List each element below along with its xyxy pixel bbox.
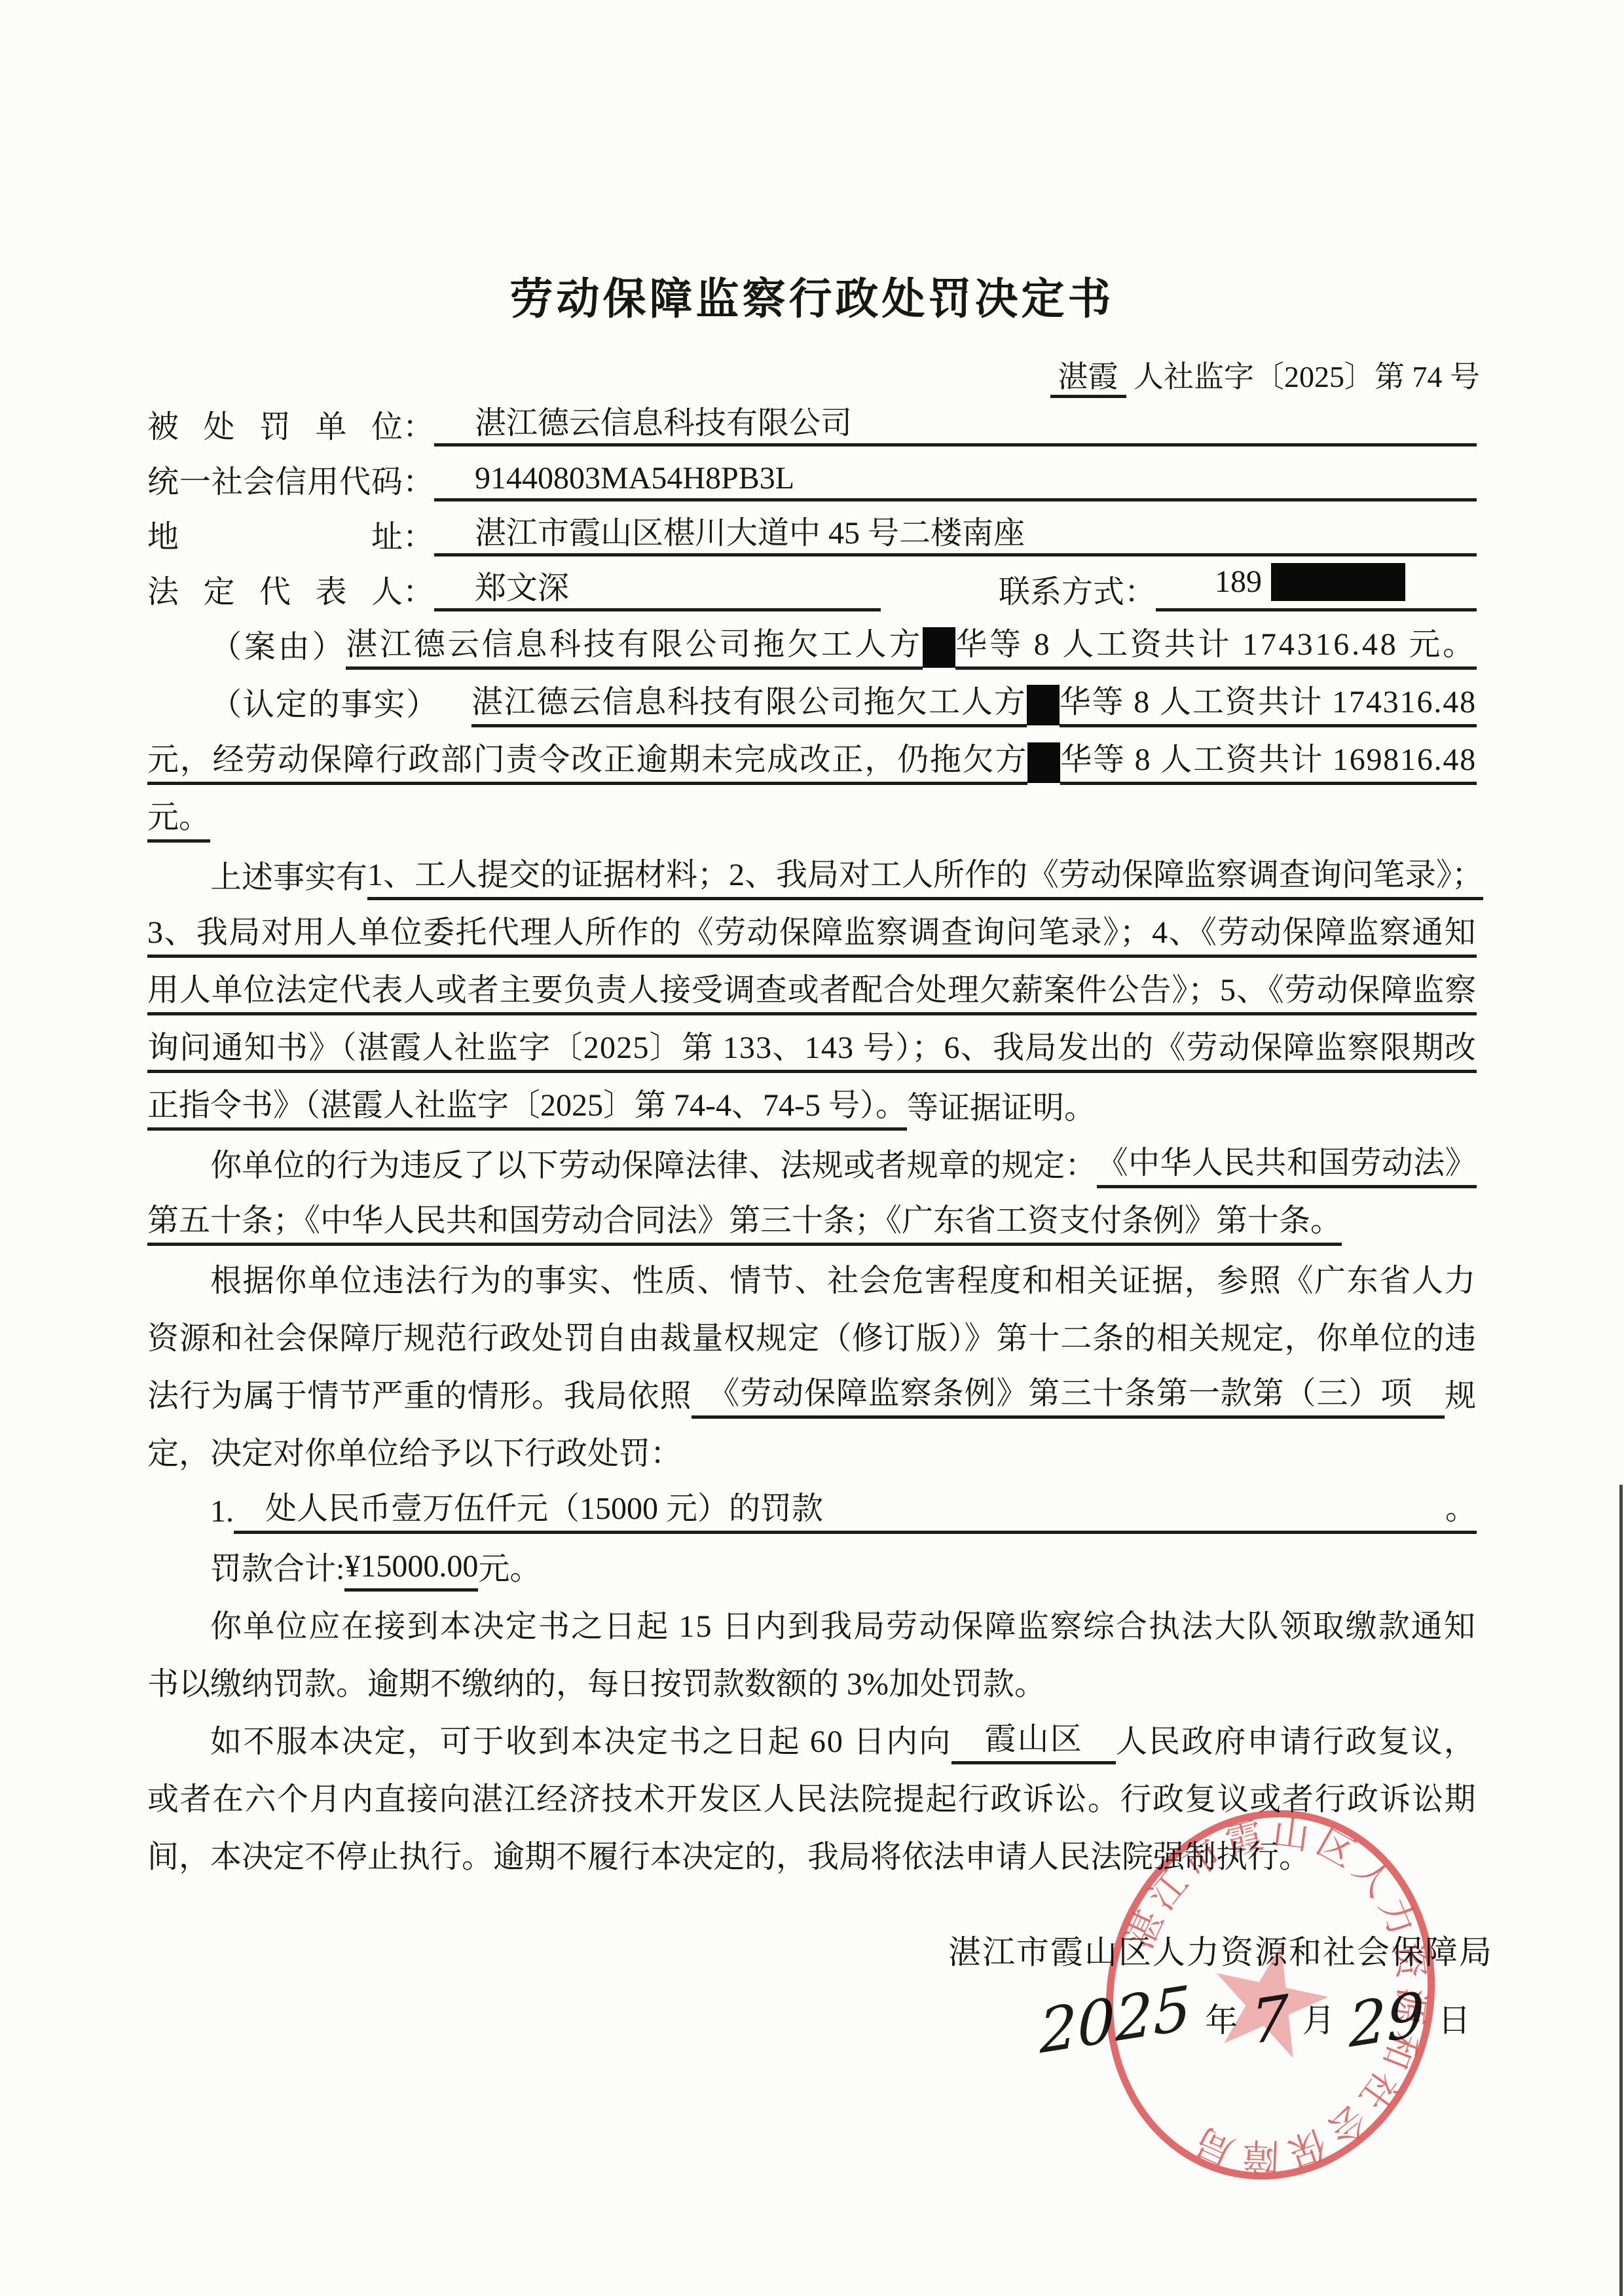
label-char: 会 xyxy=(244,456,275,501)
label-char: 人 xyxy=(371,566,403,611)
body-line: 上述事实有1、工人提交的证据材料；2、我局对工人所作的《劳动保障监察调查询问笔录… xyxy=(147,849,1477,907)
body-line: 如不服本决定，可于收到本决定书之日起 60 日内向 霞山区 人民政府申请行政复议… xyxy=(147,1713,1477,1771)
text-segment: 书以缴纳罚款。逾期不缴纳的，每日按罚款数额的 3%加处罚款。 xyxy=(147,1665,1046,1704)
field-row: 统一社会信用代码：91440803MA54H8PB3L xyxy=(147,448,1477,503)
text-segment: 华等 8 人工资共计 174316.48 xyxy=(1060,683,1477,727)
label-char: 代 xyxy=(339,456,371,501)
document-title: 劳动保障监察行政处罚决定书 xyxy=(0,278,1624,321)
text-segment xyxy=(439,685,471,725)
text-segment: 湛江德云信息科技有限公司拖欠工人方 xyxy=(346,625,923,670)
body-line: 正指令书》（湛霞人社监字〔2025〕第 74-4、74-5 号）。等证据证明。 xyxy=(147,1080,1477,1137)
label-colon: ： xyxy=(403,401,434,446)
redaction-box xyxy=(1027,742,1060,783)
text-segment: 你单位应在接到本决定书之日起 15 日内到我局劳动保障监察综合执法大队领取缴款通… xyxy=(210,1607,1477,1647)
text-segment: 《中华人民共和国劳动法》 xyxy=(1097,1144,1477,1188)
official-seal: 湛江市霞山区人力资源和社会保障局 xyxy=(1105,1807,1436,2183)
text-segment: 询问通知书》（湛霞人社监字〔2025〕第 133、143 号）；6、我局发出的《… xyxy=(147,1029,1477,1073)
text-segment: 第五十条；《中华人民共和国劳动合同法》第三十条；《广东省工资支付条例》第十条。 xyxy=(147,1201,1342,1246)
text-segment: 如不服本决定，可于收到本决定书之日起 60 日内向 xyxy=(210,1722,951,1762)
field-row: 地址：湛江市霞山区椹川大道中 45 号二楼南座 xyxy=(147,503,1477,558)
body-line: 1. 处人民币壹万伍仟元（15000 元）的罚款。 xyxy=(147,1483,1477,1540)
label-char: 表 xyxy=(315,566,346,611)
label-char: 罚 xyxy=(259,401,291,446)
text-segment: （案由） xyxy=(210,628,346,667)
text-segment: 根据你单位违法行为的事实、性质、情节、社会危害程度和相关证据，参照《广东省人力 xyxy=(210,1262,1477,1301)
label-char: 法 xyxy=(147,566,179,611)
text-segment: 定，决定对你单位给予以下行政处罚： xyxy=(147,1434,682,1474)
text-segment: 元。 xyxy=(147,798,210,843)
text-segment: 等证据证明。 xyxy=(907,1089,1096,1128)
field-label: 联系方式： xyxy=(999,566,1156,611)
label-char: 被 xyxy=(147,401,179,446)
body-text: （案由）湛江德云信息科技有限公司拖欠工人方华等 8 人工资共计 174316.4… xyxy=(147,619,1477,1886)
text-segment: 湛江德云信息科技有限公司拖欠工人方 xyxy=(471,683,1027,727)
body-line: 根据你单位违法行为的事实、性质、情节、社会危害程度和相关证据，参照《广东省人力 xyxy=(147,1252,1477,1310)
label-char: 定 xyxy=(203,566,234,611)
text-segment: 资源和社会保障厅规范行政处罚自由裁量权规定（修订版）》第十二条的相关规定，你单位… xyxy=(147,1319,1477,1358)
text-segment: 上述事实有 xyxy=(210,858,367,898)
field-label: 地址 xyxy=(147,511,403,556)
field-value-text: 189 xyxy=(1215,564,1262,599)
text-segment: 华等 8 人工资共计 174316.48 元。 xyxy=(955,625,1477,670)
label-char: 单 xyxy=(315,401,346,446)
field-label: 法定代表人 xyxy=(147,566,403,611)
text-segment: ¥15000.00 xyxy=(344,1547,478,1592)
field-value: 湛江市霞山区椹川大道中 45 号二楼南座 xyxy=(434,515,1477,556)
label-char: 一 xyxy=(179,456,211,501)
star-icon xyxy=(1202,1933,1337,2063)
body-line: 第五十条；《中华人民共和国劳动合同法》第三十条；《广东省工资支付条例》第十条。 xyxy=(147,1195,1477,1252)
text-segment: 法行为属于情节严重的情形。我局依照 xyxy=(147,1377,692,1416)
label-colon: ： xyxy=(403,456,434,501)
label-char: 社 xyxy=(212,456,243,501)
label-char: 码 xyxy=(371,456,403,501)
document-number-rest: 人社监字〔2025〕第 74 号 xyxy=(1126,360,1481,393)
redaction-box xyxy=(1027,685,1060,725)
body-line: 用人单位法定代表人或者主要负责人接受调查或者配合处理欠薪案件公告》；5、《劳动保… xyxy=(147,964,1477,1022)
redaction-box xyxy=(923,627,955,668)
scan-artifact xyxy=(1619,1485,1623,2296)
field-value: 91440803MA54H8PB3L xyxy=(434,460,1477,501)
text-segment: 人民政府申请行政复议， xyxy=(1116,1722,1477,1762)
text-segment: （认定的事实） xyxy=(210,685,439,725)
field-value: 189 xyxy=(1156,563,1477,611)
field-row: 法定代表人：郑文深联系方式：189 xyxy=(147,558,1477,613)
text-segment: 元，经劳动保障行政部门责令改正逾期未完成改正，仍拖欠方 xyxy=(147,740,1027,785)
label-colon: ： xyxy=(403,511,434,556)
text-segment: 处人民币壹万伍仟元（15000 元）的罚款 xyxy=(234,1489,1445,1534)
text-segment: 规 xyxy=(1445,1377,1477,1416)
field-label: 被处罚单位 xyxy=(147,401,403,446)
fields: 被处罚单位：湛江德云信息科技有限公司统一社会信用代码：91440803MA54H… xyxy=(147,393,1477,613)
field-value: 郑文深 xyxy=(434,570,881,611)
document-number: 湛霞 人社监字〔2025〕第 74 号 xyxy=(1050,359,1481,395)
label-char: 代 xyxy=(259,566,291,611)
text-segment: 元。 xyxy=(478,1550,541,1589)
field-label: 统一社会信用代码 xyxy=(147,456,403,501)
body-line: （案由）湛江德云信息科技有限公司拖欠工人方华等 8 人工资共计 174316.4… xyxy=(147,619,1477,676)
text-segment: 华等 8 人工资共计 169816.48 xyxy=(1060,740,1477,785)
label-colon: ： xyxy=(403,566,434,611)
label-char: 用 xyxy=(307,456,339,501)
redaction-box xyxy=(1271,563,1405,601)
body-line: 书以缴纳罚款。逾期不缴纳的，每日按罚款数额的 3%加处罚款。 xyxy=(147,1656,1477,1713)
text-segment: 正指令书》（湛霞人社监字〔2025〕第 74-4、74-5 号）。 xyxy=(147,1086,907,1131)
body-line: 元，经劳动保障行政部门责令改正逾期未完成改正，仍拖欠方华等 8 人工资共计 16… xyxy=(147,734,1477,792)
text-segment: 罚款合计: xyxy=(210,1550,344,1589)
body-line: 3、我局对用人单位委托代理人所作的《劳动保障监察调查询问笔录》；4、《劳动保障监… xyxy=(147,907,1477,964)
label-char: 位 xyxy=(371,401,403,446)
text-segment: 3、我局对用人单位委托代理人所作的《劳动保障监察调查询问笔录》；4、《劳动保障监… xyxy=(147,913,1477,958)
field-row: 被处罚单位：湛江德云信息科技有限公司 xyxy=(147,393,1477,448)
body-line: 资源和社会保障厅规范行政处罚自由裁量权规定（修订版）》第十二条的相关规定，你单位… xyxy=(147,1310,1477,1368)
label-char: 信 xyxy=(275,456,306,501)
field-value: 湛江德云信息科技有限公司 xyxy=(434,405,1477,446)
label-char: 统 xyxy=(147,456,179,501)
body-line: 罚款合计:¥15000.00元。 xyxy=(147,1540,1477,1598)
text-segment: 你单位的行为违反了以下劳动保障法律、法规或者规章的规定： xyxy=(210,1146,1097,1186)
text-segment: 1. xyxy=(210,1492,234,1531)
body-line: 你单位的行为违反了以下劳动保障法律、法规或者规章的规定：《中华人民共和国劳动法》 xyxy=(147,1137,1477,1195)
text-segment: 霞山区 xyxy=(951,1720,1115,1764)
label-char: 址 xyxy=(371,511,403,556)
date-unit-label: 日 xyxy=(1438,2004,1471,2037)
text-segment: 1、工人提交的证据材料；2、我局对工人所作的《劳动保障监察调查询问笔录》； xyxy=(367,856,1483,900)
document-page: 劳动保障监察行政处罚决定书 湛霞 人社监字〔2025〕第 74 号 被处罚单位：… xyxy=(0,0,1624,2296)
label-char: 处 xyxy=(203,401,234,446)
body-line: （认定的事实） 湛江德云信息科技有限公司拖欠工人方华等 8 人工资共计 1743… xyxy=(147,676,1477,734)
label-char: 地 xyxy=(147,511,179,556)
body-line: 元。 xyxy=(147,792,1477,849)
body-line: 询问通知书》（湛霞人社监字〔2025〕第 133、143 号）；6、我局发出的《… xyxy=(147,1022,1477,1080)
text-segment: 用人单位法定代表人或者主要负责人接受调查或者配合处理欠薪案件公告》；5、《劳动保… xyxy=(147,971,1477,1015)
text-segment: 《劳动保障监察条例》第三十条第一款第（三）项 xyxy=(692,1374,1445,1419)
text-segment: 。 xyxy=(1445,1489,1477,1534)
body-line: 你单位应在接到本决定书之日起 15 日内到我局劳动保障监察综合执法大队领取缴款通… xyxy=(147,1598,1477,1656)
body-line: 法行为属于情节严重的情形。我局依照 《劳动保障监察条例》第三十条第一款第（三）项… xyxy=(147,1368,1477,1425)
body-line: 定，决定对你单位给予以下行政处罚： xyxy=(147,1425,1477,1483)
